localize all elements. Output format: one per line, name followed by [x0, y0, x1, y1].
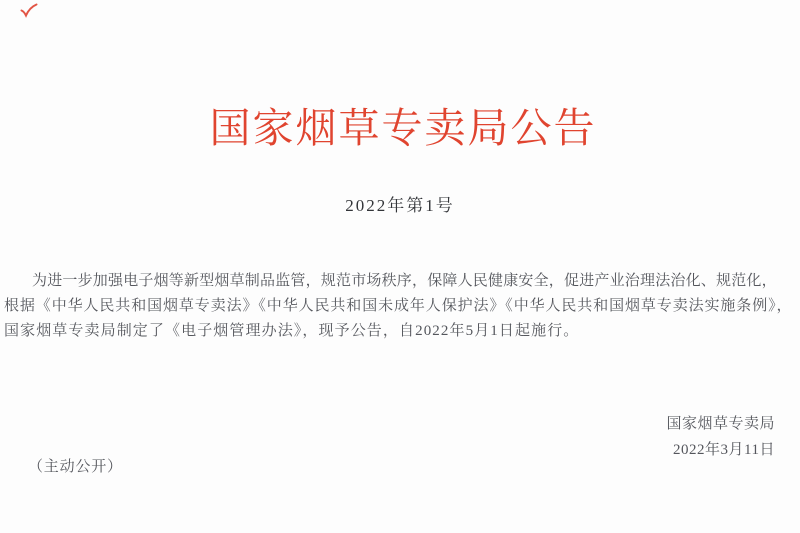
- document-body: 为进一步加强电子烟等新型烟草制品监管，规范市场秩序，保障人民健康安全，促进产业治…: [4, 269, 796, 344]
- announcement-document: 国家烟草专卖局公告 2022年第1号 为进一步加强电子烟等新型烟草制品监管，规范…: [0, 0, 800, 533]
- signature-block: 国家烟草专卖局 2022年3月11日: [666, 411, 775, 463]
- issue-number: 2022年第1号: [0, 196, 800, 216]
- issue-date: 2022年3月11日: [666, 437, 775, 463]
- body-line-2: 根据《中华人民共和国烟草专卖法》《中华人民共和国未成年人保护法》《中华人民共和国…: [4, 294, 796, 319]
- document-title: 国家烟草专卖局公告: [0, 106, 800, 150]
- red-check-annotation-icon: [20, 3, 38, 18]
- issuer-name: 国家烟草专卖局: [666, 411, 775, 437]
- body-line-3: 国家烟草专卖局制定了《电子烟管理办法》，现予公告，自2022年5月1日起施行。: [4, 319, 796, 344]
- disclosure-note: （主动公开）: [28, 457, 123, 477]
- body-line-1: 为进一步加强电子烟等新型烟草制品监管，规范市场秩序，保障人民健康安全，促进产业治…: [4, 269, 796, 294]
